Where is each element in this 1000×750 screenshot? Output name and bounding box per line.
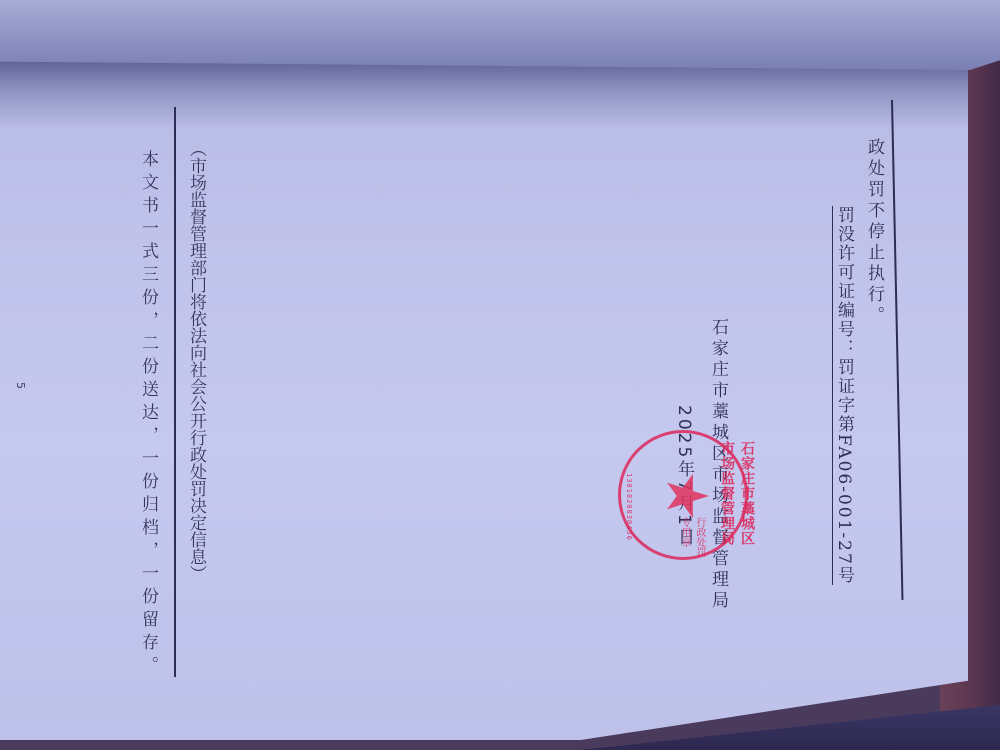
- public-notice: （市场监督管理部门将依法向社会公开行政处罚决定信息）: [184, 140, 209, 582]
- license-number: 罚证字第FA06-001-27号: [832, 358, 854, 585]
- star-icon: [663, 473, 709, 519]
- folded-top-sheet: [0, 0, 1000, 70]
- seal-ring-text: 石家庄市藁城区市场监督管理局: [717, 441, 757, 557]
- document-photo: 政处罚不停止执行。 罚没许可证编号：罚证字第FA06-001-27号 石家庄市藁…: [0, 0, 1000, 750]
- seal-code: 1301820030456: [625, 473, 633, 541]
- separator-rule-bottom: [174, 107, 176, 677]
- copies-note: 本文书一式三份，二份送达，一份归档，一份留存。: [136, 150, 161, 679]
- license-line: 罚没许可证编号：罚证字第FA06-001-27号: [832, 206, 857, 585]
- seal-inner-text: 行政处罚专用章: [677, 517, 707, 557]
- paragraph-tail: 政处罚不停止执行。: [862, 138, 887, 327]
- page-number: 5: [14, 382, 27, 389]
- license-label: 罚没许可证编号：: [832, 206, 854, 358]
- official-seal: 石家庄市藁城区市场监督管理局 1301820030456 行政处罚专用章: [618, 430, 748, 560]
